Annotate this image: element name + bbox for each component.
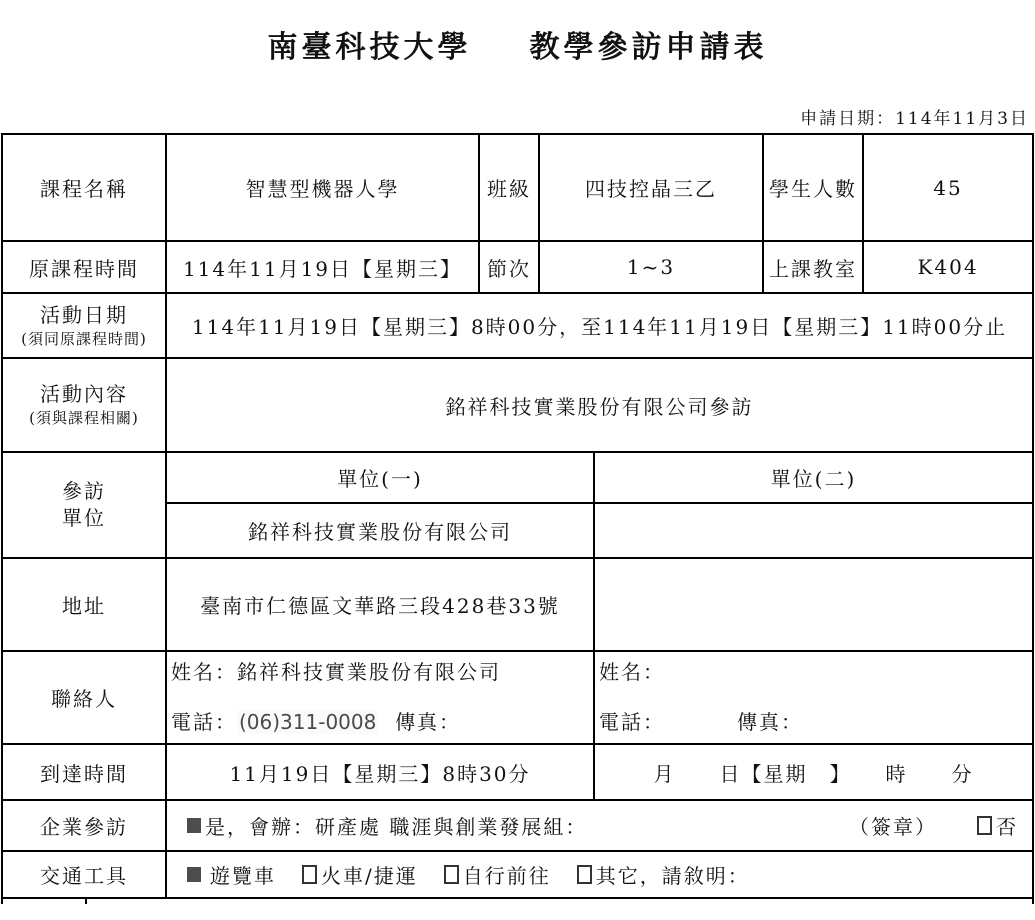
enterprise-visit-yes-option[interactable]: 是，會辦：研產處 職涯與創業發展組： [187, 811, 587, 840]
title-school: 南臺科技大學 [268, 30, 472, 65]
contact-unit1-phone-line: 電話：(06)311-0008 傳真： [171, 706, 461, 735]
contact-unit2-phone-line: 電話：傳真： [599, 706, 803, 735]
row-next-partial [3, 899, 1032, 904]
enterprise-visit-no-option[interactable]: 否 [977, 811, 1018, 840]
class-label: 班級 [480, 135, 540, 240]
application-form-page: 南臺科技大學教學參訪申請表 申請日期：114年11月3日 課程名稱 智慧型機器人… [0, 0, 1035, 920]
address-unit1-value: 臺南市仁德區文華路三段428巷33號 [167, 559, 595, 650]
transport-options: 遊覽車 火車/捷運 自行前往 其它，請敘明： [167, 852, 1032, 897]
enterprise-visit-label: 企業參訪 [3, 801, 167, 850]
contact-unit1-name-line: 姓名：銘祥科技實業股份有限公司 [171, 656, 501, 685]
enterprise-visit-options: 是，會辦：研產處 職涯與創業發展組： （簽章） 否 [167, 801, 1032, 850]
activity-date-value: 114年11月19日【星期三】8時00分，至114年11月19日【星期三】11時… [167, 294, 1032, 357]
visit-units-label-line1: 參訪 [62, 478, 106, 505]
row-course: 課程名稱 智慧型機器人學 班級 四技控晶三乙 學生人數 45 [3, 135, 1032, 242]
visit-units-header-row: 單位(一) 單位(二) [167, 453, 1032, 504]
next-row-stub-cell [3, 899, 87, 904]
classroom-label: 上課教室 [764, 242, 864, 292]
contact-unit2-cell: 姓名： 電話：傳真： [595, 652, 1032, 743]
arrival-label: 到達時間 [3, 745, 167, 799]
arrival-unit2-value: 月 日【星期 】 時 分 [595, 745, 1032, 799]
checkbox-unchecked-icon[interactable] [577, 865, 592, 884]
enterprise-visit-yes-label: 是，會辦：研產處 職涯與創業發展組： [205, 811, 587, 840]
transport-option-train[interactable]: 火車/捷運 [302, 860, 418, 889]
checkbox-checked-icon[interactable] [187, 818, 201, 833]
unit1-value: 銘祥科技實業股份有限公司 [167, 504, 595, 557]
visit-units-label: 參訪 單位 [3, 453, 167, 557]
activity-content-value: 銘祥科技實業股份有限公司參訪 [167, 359, 1032, 451]
transport-option-self[interactable]: 自行前往 [444, 860, 551, 889]
transport-option-bus[interactable]: 遊覽車 [187, 860, 276, 889]
activity-content-label-sub: (須與課程相關) [29, 408, 139, 428]
enterprise-visit-no-label: 否 [996, 811, 1018, 840]
contact-unit1-name-value: 銘祥科技實業股份有限公司 [237, 660, 501, 684]
transport-label: 交通工具 [3, 852, 167, 897]
seal-note: （簽章） [849, 811, 937, 840]
visit-units-label-line2: 單位 [62, 505, 106, 532]
arrival-unit1-value: 11月19日【星期三】8時30分 [167, 745, 595, 799]
period-label: 節次 [480, 242, 540, 292]
classroom-value: K404 [864, 242, 1032, 292]
students-label: 學生人數 [764, 135, 864, 240]
contact-unit2-phone-label: 電話： [599, 710, 665, 734]
checkbox-unchecked-icon[interactable] [977, 816, 992, 835]
transport-option-other-label: 其它，請敘明： [596, 860, 750, 889]
checkbox-unchecked-icon[interactable] [302, 865, 317, 884]
contact-unit1-phone-label: 電話： [171, 710, 237, 734]
unit1-header: 單位(一) [167, 453, 595, 502]
application-table: 課程名稱 智慧型機器人學 班級 四技控晶三乙 學生人數 45 原課程時間 114… [1, 133, 1034, 904]
address-unit2-value [595, 559, 1032, 650]
class-value: 四技控晶三乙 [540, 135, 764, 240]
activity-date-label: 活動日期 (須同原課程時間) [3, 294, 167, 357]
visit-units-grid: 單位(一) 單位(二) 銘祥科技實業股份有限公司 [167, 453, 1032, 557]
activity-date-label-main: 活動日期 [40, 302, 128, 329]
checkbox-checked-icon[interactable] [187, 867, 201, 882]
contact-unit2-name-line: 姓名： [599, 656, 665, 685]
contact-unit1-phone-field[interactable]: (06)311-0008 [237, 710, 378, 734]
contact-unit1-name-label: 姓名： [171, 660, 237, 684]
transport-option-other[interactable]: 其它，請敘明： [577, 860, 750, 889]
contact-label: 聯絡人 [3, 652, 167, 743]
apply-date: 申請日期：114年11月3日 [800, 104, 1029, 129]
row-contact: 聯絡人 姓名：銘祥科技實業股份有限公司 電話：(06)311-0008 傳真： … [3, 652, 1032, 745]
unit2-value [595, 504, 1032, 557]
original-time-value: 114年11月19日【星期三】 [167, 242, 480, 292]
contact-unit2-name-label: 姓名： [599, 660, 665, 684]
row-enterprise-visit: 企業參訪 是，會辦：研產處 職涯與創業發展組： （簽章） 否 [3, 801, 1032, 852]
transport-option-self-label: 自行前往 [463, 860, 551, 889]
row-activity-content: 活動內容 (須與課程相關) 銘祥科技實業股份有限公司參訪 [3, 359, 1032, 453]
checkbox-unchecked-icon[interactable] [444, 865, 459, 884]
transport-option-train-label: 火車/捷運 [321, 860, 418, 889]
address-label: 地址 [3, 559, 167, 650]
title-form-name: 教學參訪申請表 [530, 30, 768, 65]
course-name-label: 課程名稱 [3, 135, 167, 240]
contact-unit1-cell: 姓名：銘祥科技實業股份有限公司 電話：(06)311-0008 傳真： [167, 652, 595, 743]
students-value: 45 [864, 135, 1032, 240]
activity-content-label: 活動內容 (須與課程相關) [3, 359, 167, 451]
next-row-stub-body [87, 899, 1032, 904]
seal-text: （簽章） [849, 811, 937, 840]
original-time-label: 原課程時間 [3, 242, 167, 292]
period-value: 1~3 [540, 242, 764, 292]
row-activity-date: 活動日期 (須同原課程時間) 114年11月19日【星期三】8時00分，至114… [3, 294, 1032, 359]
row-address: 地址 臺南市仁德區文華路三段428巷33號 [3, 559, 1032, 652]
row-transport: 交通工具 遊覽車 火車/捷運 自行前往 其它，請敘明： [3, 852, 1032, 899]
contact-unit2-fax-label: 傳真： [737, 710, 803, 734]
unit2-header: 單位(二) [595, 453, 1032, 502]
course-name-value: 智慧型機器人學 [167, 135, 480, 240]
page-title: 南臺科技大學教學參訪申請表 [0, 22, 1035, 66]
row-original-time: 原課程時間 114年11月19日【星期三】 節次 1~3 上課教室 K404 [3, 242, 1032, 294]
activity-date-label-sub: (須同原課程時間) [21, 329, 147, 349]
transport-option-bus-label: 遊覽車 [210, 860, 276, 889]
row-visit-units: 參訪 單位 單位(一) 單位(二) 銘祥科技實業股份有限公司 [3, 453, 1032, 559]
activity-content-label-main: 活動內容 [40, 381, 128, 408]
contact-unit1-fax-label: 傳真： [395, 710, 461, 734]
visit-units-value-row: 銘祥科技實業股份有限公司 [167, 504, 1032, 557]
row-arrival: 到達時間 11月19日【星期三】8時30分 月 日【星期 】 時 分 [3, 745, 1032, 801]
